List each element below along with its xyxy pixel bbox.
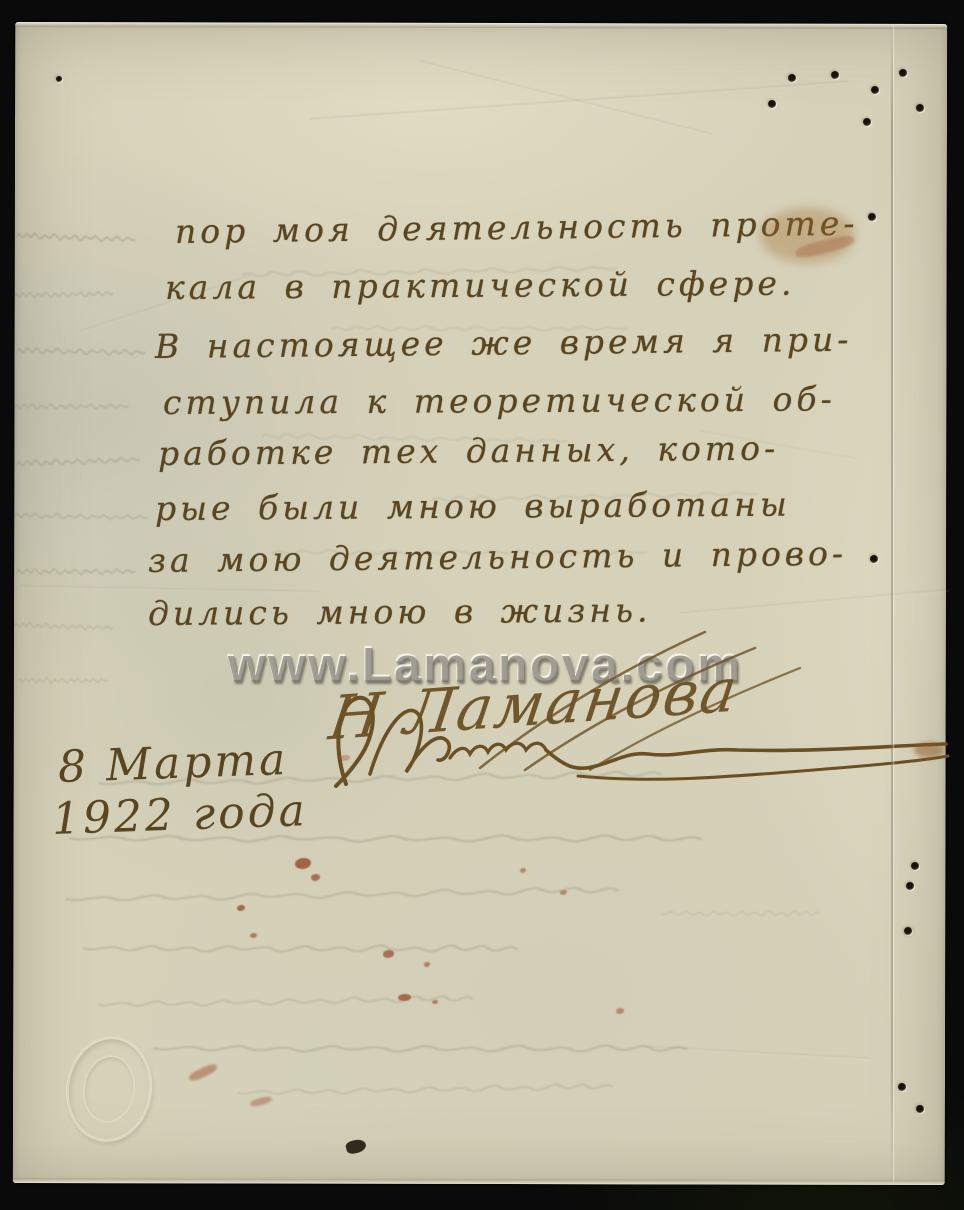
bleedthrough-line [80,938,520,958]
ink-spot [520,868,526,873]
signature-flourish [318,688,950,798]
bleedthrough-line [18,672,108,688]
crease-line [420,60,712,135]
bleedthrough-line [16,562,136,580]
bleedthrough-line [150,1038,690,1058]
pinhole [899,69,907,77]
ink-spot [237,905,245,911]
letter-line: ступила к теоретической об- [163,379,836,422]
letter-line: кала в практической сфере. [165,264,796,307]
ink-spot [295,858,311,869]
bleedthrough-line [16,450,142,472]
bleedthrough-line [14,285,114,303]
ink-spot [188,1062,219,1083]
pinhole [871,86,879,94]
pinhole [768,100,776,108]
vertical-fold-crease [891,25,893,1183]
bleedthrough-line [62,879,622,909]
bleedthrough-line [14,398,129,414]
bleedthrough-line [14,616,114,635]
bleedthrough-line [14,507,149,525]
scanned-letter: пор моя деятельность проте- кала в практ… [0,0,964,1210]
pinhole [898,1083,906,1091]
bleedthrough-line [95,989,475,1014]
pinhole [788,74,796,82]
rust-stain [914,742,944,758]
bleedthrough-line [660,905,820,921]
embossed-seal [59,1031,159,1148]
dark-ink-blob [345,1138,368,1155]
letter-line: рые были мною выработаны [155,485,791,528]
date-line-day-month: 8 Марта [57,734,289,793]
pinhole [904,927,912,935]
bleedthrough-line [16,341,146,361]
letter-line: В настоящее же время я при- [155,320,853,366]
bleedthrough-line [16,226,137,248]
ink-spot [424,962,430,967]
crease-line [20,585,320,592]
date-line-year: 1922 года [51,785,308,845]
pinhole [870,555,878,563]
pinhole [911,862,919,870]
pinhole [863,118,871,126]
bleedthrough-line [235,1077,615,1102]
letter-line: пор моя деятельность проте- [175,204,859,251]
pinhole [906,882,914,890]
pinhole [831,71,839,79]
letter-line: работке тех данных, кото- [158,429,779,473]
page-content: пор моя деятельность проте- кала в практ… [0,0,964,1210]
ink-spot [311,874,320,881]
pinhole [916,1105,924,1113]
pinhole [916,104,924,112]
pinhole [868,213,876,221]
pinhole [56,76,62,82]
letter-line: за мою деятельность и прово- [148,534,847,580]
embossed-seal-inner [79,1052,140,1127]
ink-spot [616,1008,624,1014]
